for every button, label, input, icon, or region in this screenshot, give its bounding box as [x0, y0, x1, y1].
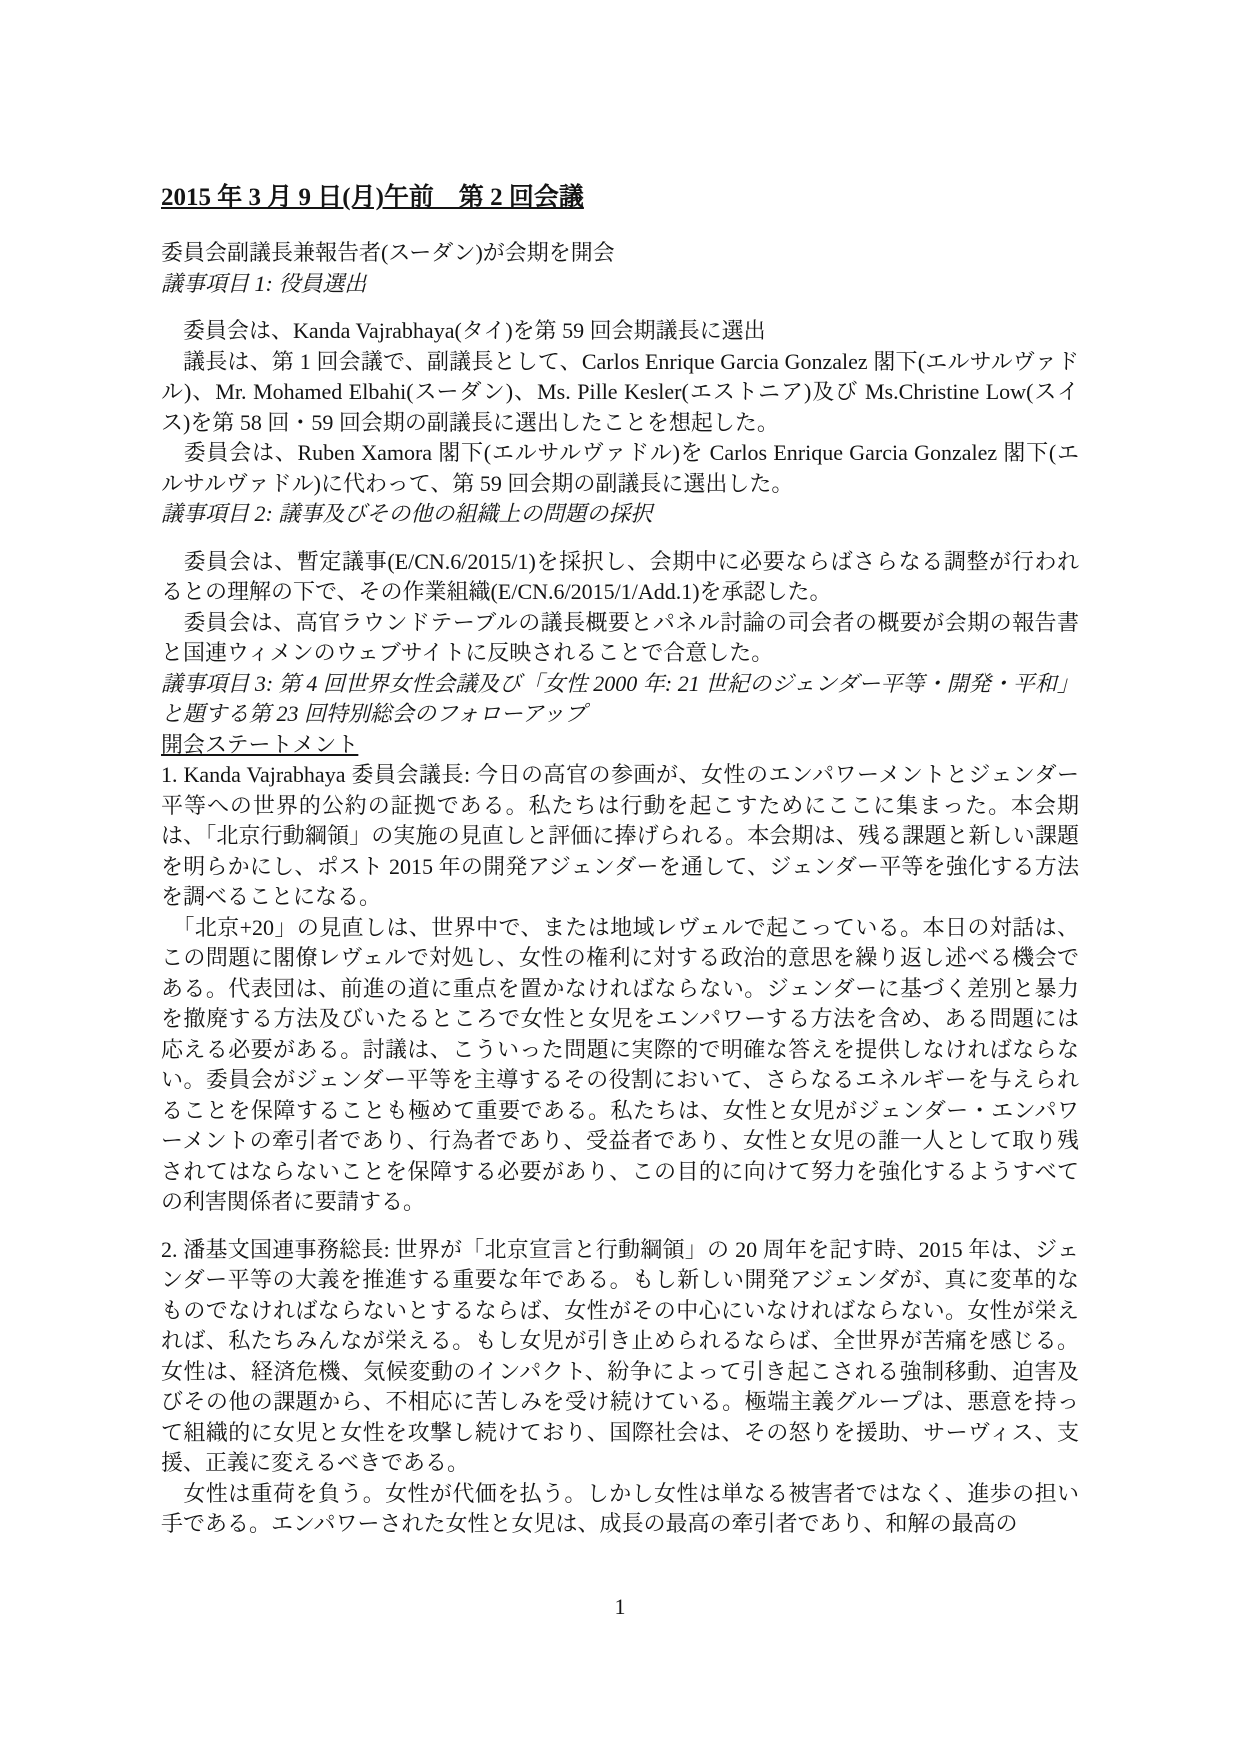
- agenda-item-1-paragraph: 委員会は、Ruben Xamora 閣下(エルサルヴァドル)を Carlos E…: [161, 438, 1079, 499]
- statement-1-paragraph: 1. Kanda Vajrabhaya 委員会議長: 今日の高官の参画が、女性の…: [161, 760, 1079, 913]
- agenda-item-1-paragraph: 議長は、第 1 回会議で、副議長として、Carlos Enrique Garci…: [161, 347, 1079, 439]
- opening-statements-heading: 開会ステートメント: [161, 730, 1079, 761]
- agenda-item-2-paragraph: 委員会は、高官ラウンドテーブルの議長概要とパネル討論の司会者の概要が会期の報告書…: [161, 608, 1079, 669]
- agenda-item-3-heading: 議事項目 3: 第 4 回世界女性会議及び「女性 2000 年: 21 世紀のジ…: [161, 669, 1079, 730]
- document-page: { "document": { "title": "2015 年 3 月 9 日…: [0, 0, 1240, 1754]
- agenda-item-1-heading: 議事項目 1: 役員選出: [161, 269, 1079, 300]
- agenda-item-2-paragraph: 委員会は、暫定議事(E/CN.6/2015/1)を採択し、会期中に必要ならばさら…: [161, 547, 1079, 608]
- statement-2-paragraph: 女性は重荷を負う。女性が代価を払う。しかし女性は単なる被害者ではなく、進歩の担い…: [161, 1479, 1079, 1540]
- agenda-item-2-heading: 議事項目 2: 議事及びその他の組織上の問題の採択: [161, 499, 1079, 530]
- agenda-item-1-paragraph: 委員会は、Kanda Vajrabhaya(タイ)を第 59 回会期議長に選出: [161, 316, 1079, 347]
- statement-2-paragraph: 2. 潘基文国連事務総長: 世界が「北京宣言と行動綱領」の 20 周年を記す時、…: [161, 1235, 1079, 1479]
- session-opening-line: 委員会副議長兼報告者(スーダン)が会期を開会: [161, 238, 1079, 269]
- opening-statements-heading-text: 開会ステートメント: [161, 732, 358, 757]
- document-body: 2015 年 3 月 9 日(月)午前 第 2 回会議 委員会副議長兼報告者(ス…: [161, 182, 1079, 1540]
- statement-1-paragraph: 「北京+20」の見直しは、世界中で、または地域レヴェルで起こっている。本日の対話…: [161, 913, 1079, 1218]
- page-number: 1: [161, 1592, 1079, 1622]
- document-title: 2015 年 3 月 9 日(月)午前 第 2 回会議: [161, 182, 1079, 214]
